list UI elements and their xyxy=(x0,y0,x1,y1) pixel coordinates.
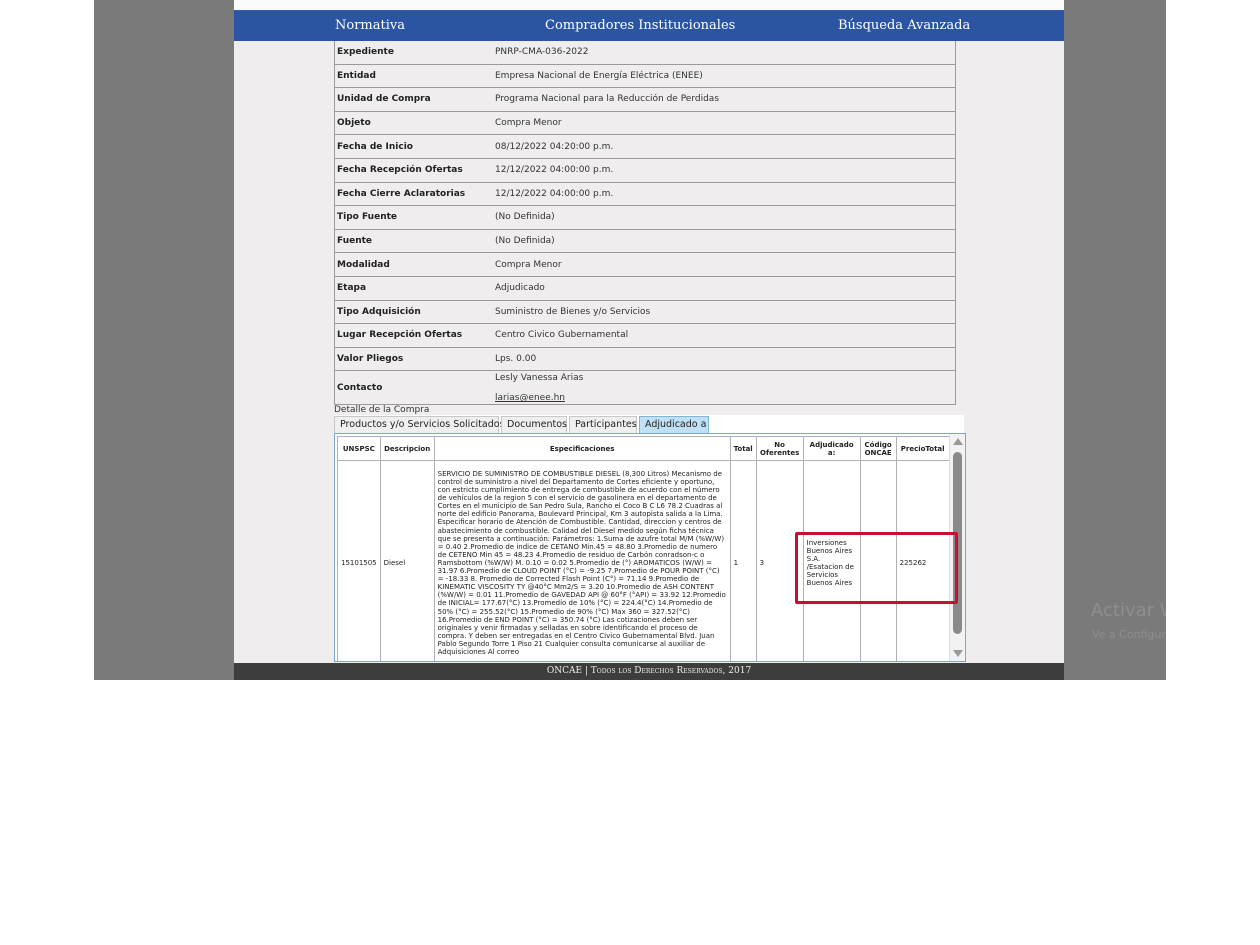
info-value: Suministro de Bienes y/o Servicios xyxy=(495,307,955,317)
col-unspsc: UNSPSC xyxy=(338,437,381,461)
info-label: Entidad xyxy=(335,71,495,81)
info-label: Fecha de Inicio xyxy=(335,142,495,152)
cell-total: 1 xyxy=(730,461,756,663)
tab-productos[interactable]: Productos y/o Servicios Solicitados xyxy=(334,416,499,433)
info-label: Tipo Fuente xyxy=(335,212,495,222)
footer: ONCAE | Todos los Derechos Reservados, 2… xyxy=(234,663,1064,680)
nav-busqueda-avanzada[interactable]: Búsqueda Avanzada xyxy=(838,18,970,33)
info-row: EntidadEmpresa Nacional de Energía Eléct… xyxy=(335,65,955,89)
nav-normativa[interactable]: Normativa xyxy=(335,18,405,33)
col-adjudicado-a: Adjudicado a: xyxy=(803,437,860,461)
detail-tabs: Productos y/o Servicios Solicitados Docu… xyxy=(334,415,964,433)
info-value: Compra Menor xyxy=(495,118,955,128)
info-value: (No Definida) xyxy=(495,212,955,222)
windows-activation-watermark: Activar Windows xyxy=(1091,600,1166,621)
info-label: Fecha Cierre Aclaratorias xyxy=(335,189,495,199)
scroll-down-arrow-icon[interactable] xyxy=(953,650,963,657)
info-value: PNRP-CMA-036-2022 xyxy=(495,47,955,57)
contact-email-link[interactable]: larias@enee.hn xyxy=(495,393,955,403)
col-especificaciones: Especificaciones xyxy=(434,437,730,461)
info-row: Fecha de Inicio08/12/2022 04:20:00 p.m. xyxy=(335,135,955,159)
info-value: Empresa Nacional de Energía Eléctrica (E… xyxy=(495,71,955,81)
col-no-oferentes: No Oferentes xyxy=(756,437,803,461)
col-descripcion: Descripcion xyxy=(380,437,434,461)
info-row: Unidad de CompraPrograma Nacional para l… xyxy=(335,88,955,112)
info-row: Fuente(No Definida) xyxy=(335,230,955,254)
info-label: Lugar Recepción Ofertas xyxy=(335,330,495,340)
info-row: ObjetoCompra Menor xyxy=(335,112,955,136)
tab-adjudicado-a[interactable]: Adjudicado a xyxy=(639,416,709,433)
col-precio-total: PrecioTotal xyxy=(896,437,949,461)
info-label: Objeto xyxy=(335,118,495,128)
contact-name: Lesly Vanessa Arias xyxy=(495,373,955,383)
windows-activation-subtitle: Ve a Configuración xyxy=(1092,628,1166,641)
info-value: (No Definida) xyxy=(495,236,955,246)
info-label: Expediente xyxy=(335,47,495,57)
info-label: Modalidad xyxy=(335,260,495,270)
top-nav: Normativa Compradores Institucionales Bú… xyxy=(234,10,1064,41)
info-value: Centro Civico Gubernamental xyxy=(495,330,955,340)
info-row: ModalidadCompra Menor xyxy=(335,253,955,277)
top-bar xyxy=(234,0,1064,10)
info-value: Lps. 0.00 xyxy=(495,354,955,364)
scroll-up-arrow-icon[interactable] xyxy=(953,438,963,445)
info-row: Valor PliegosLps. 0.00 xyxy=(335,348,955,372)
info-label: Fecha Recepción Ofertas xyxy=(335,165,495,175)
info-value: Adjudicado xyxy=(495,283,955,293)
info-value: 12/12/2022 04:00:00 p.m. xyxy=(495,189,955,199)
info-label: Tipo Adquisición xyxy=(335,307,495,317)
info-value: Compra Menor xyxy=(495,260,955,270)
highlight-annotation xyxy=(795,532,958,604)
info-row: EtapaAdjudicado xyxy=(335,277,955,301)
cell-descripcion: Diesel xyxy=(380,461,434,663)
info-row: Tipo AdquisiciónSuministro de Bienes y/o… xyxy=(335,301,955,325)
tab-documentos[interactable]: Documentos xyxy=(501,416,567,433)
process-info-table: ExpedientePNRP-CMA-036-2022EntidadEmpres… xyxy=(334,41,956,405)
nav-compradores-institucionales[interactable]: Compradores Institucionales xyxy=(545,18,735,33)
col-codigo-oncae: Código ONCAE xyxy=(860,437,896,461)
cell-unspsc: 15101505 xyxy=(338,461,381,663)
col-total: Total xyxy=(730,437,756,461)
info-label: Valor Pliegos xyxy=(335,354,495,364)
info-value: 08/12/2022 04:20:00 p.m. xyxy=(495,142,955,152)
tab-participantes[interactable]: Participantes xyxy=(569,416,637,433)
info-label: Etapa xyxy=(335,283,495,293)
contact-value: Lesly Vanessa Ariaslarias@enee.hn xyxy=(495,371,955,404)
info-label: Fuente xyxy=(335,236,495,246)
detalle-label: Detalle de la Compra xyxy=(334,405,429,415)
info-label: Unidad de Compra xyxy=(335,94,495,104)
info-value: 12/12/2022 04:00:00 p.m. xyxy=(495,165,955,175)
info-row: Fecha Recepción Ofertas12/12/2022 04:00:… xyxy=(335,159,955,183)
info-label: Contacto xyxy=(335,383,495,393)
info-row: Fecha Cierre Aclaratorias12/12/2022 04:0… xyxy=(335,183,955,207)
table-header-row: UNSPSC Descripcion Especificaciones Tota… xyxy=(338,437,950,461)
info-row: Tipo Fuente(No Definida) xyxy=(335,206,955,230)
info-row: ExpedientePNRP-CMA-036-2022 xyxy=(335,41,955,65)
info-value: Programa Nacional para la Reducción de P… xyxy=(495,94,955,104)
cell-especificaciones: SERVICIO DE SUMINISTRO DE COMBUSTIBLE DI… xyxy=(434,461,730,663)
info-row: Lugar Recepción OfertasCentro Civico Gub… xyxy=(335,324,955,348)
info-row-contacto: ContactoLesly Vanessa Ariaslarias@enee.h… xyxy=(335,371,955,404)
